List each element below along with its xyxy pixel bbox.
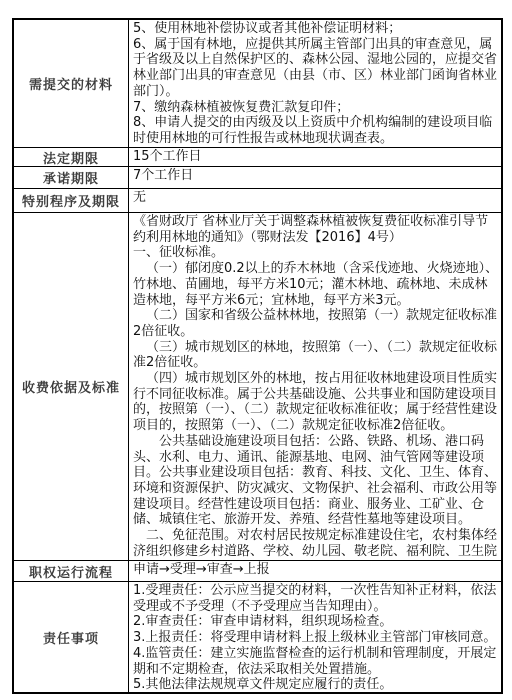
row-content: 申请→受理→审查→上报 xyxy=(129,561,501,581)
paragraph: （四）城市规划区外的林地，按占用征收林地建设项目性质实行不同征收标准。属于公共基… xyxy=(133,371,499,434)
row-label: 承诺期限 xyxy=(14,167,129,188)
row-content: 无 xyxy=(129,189,501,212)
row-label: 责任事项 xyxy=(14,582,129,692)
paragraph: （二）国家和省级公益林林地，按照第（一）款规定征收标准2倍征收。 xyxy=(133,308,499,339)
row-content: 5、使用林地补偿协议或者其他补偿证明材料；6、属于国有林地，应提供其所属主管部门… xyxy=(129,20,501,147)
paragraph: 3.上报责任：将受理申请材料上报上级林业主管部门审核同意。 xyxy=(133,630,499,646)
approval-item-table: 需提交的材料 5、使用林地补偿协议或者其他补偿证明材料；6、属于国有林地，应提供… xyxy=(12,18,503,694)
paragraph: 一、征收标准。 xyxy=(133,245,499,261)
row-content: 15个工作日 xyxy=(129,148,501,166)
paragraph: 7、缴纳森林植被恢复费汇款复印件； xyxy=(133,100,499,116)
table-row: 承诺期限 7个工作日 xyxy=(14,166,501,188)
paragraph: 5、使用林地补偿协议或者其他补偿证明材料； xyxy=(133,21,499,37)
table-row: 需提交的材料 5、使用林地补偿协议或者其他补偿证明材料；6、属于国有林地，应提供… xyxy=(14,20,501,147)
paragraph: 无 xyxy=(133,190,499,206)
paragraph: 申请→受理→审查→上报 xyxy=(133,562,499,578)
row-content: 7个工作日 xyxy=(129,167,501,188)
table-row: 法定期限 15个工作日 xyxy=(14,147,501,166)
paragraph: 6、属于国有林地，应提供其所属主管部门出具的审查意见，属于省级及以上自然保护区的… xyxy=(133,37,499,100)
row-content: 1.受理责任：公示应当提交的材料，一次性告知补正材料，依法受理或不予受理（不予受… xyxy=(129,582,501,692)
paragraph: （一）郁闭度0.2以上的乔木林地（含采伐迹地、火烧迹地）、竹林地、苗圃地，每平方… xyxy=(133,261,499,308)
table-row: 责任事项 1.受理责任：公示应当提交的材料，一次性告知补正材料，依法受理或不予受… xyxy=(14,581,501,692)
row-content: 《省财政厅 省林业厅关于调整森林植被恢复费征收标准引导节约利用林地的通知》（鄂财… xyxy=(129,213,501,560)
table-row: 收费依据及标准 《省财政厅 省林业厅关于调整森林植被恢复费征收标准引导节约利用林… xyxy=(14,212,501,560)
paragraph: 二、免征范围。对农村居民按规定标准建设住宅，农村集体经济组织修建乡村道路、学校、… xyxy=(133,528,499,559)
row-label: 特别程序及期限 xyxy=(14,189,129,212)
row-label: 需提交的材料 xyxy=(14,20,129,147)
paragraph: （三）城市规划区的林地，按照第（一）、（二）款规定征收标准2倍征收。 xyxy=(133,340,499,371)
paragraph: 《省财政厅 省林业厅关于调整森林植被恢复费征收标准引导节约利用林地的通知》（鄂财… xyxy=(133,214,499,245)
paragraph: 15个工作日 xyxy=(133,149,499,165)
paragraph: 5.其他法律法规规章文件规定应履行的责任。 xyxy=(133,677,499,692)
row-label: 收费依据及标准 xyxy=(14,213,129,560)
paragraph: 7个工作日 xyxy=(133,168,499,184)
paragraph: 1.受理责任：公示应当提交的材料，一次性告知补正材料，依法受理或不予受理（不予受… xyxy=(133,583,499,614)
paragraph: 4.监管责任：建立实施监督检查的运行机制和管理制度，开展定期和不定期检查，依法采… xyxy=(133,646,499,677)
row-label: 法定期限 xyxy=(14,148,129,166)
paragraph: 8、申请人提交的由丙级及以上资质中介机构编制的建设项目临时使用林地的可行性报告或… xyxy=(133,115,499,146)
table-row: 职权运行流程 申请→受理→审查→上报 xyxy=(14,560,501,581)
row-label: 职权运行流程 xyxy=(14,561,129,581)
table-row: 特别程序及期限 无 xyxy=(14,188,501,212)
paragraph: 2.审查责任：审查申请材料，组织现场检查。 xyxy=(133,614,499,630)
paragraph: 公共基础设施建设项目包括：公路、铁路、机场、港口码头、水利、电力、通讯、能源基地… xyxy=(133,434,499,528)
